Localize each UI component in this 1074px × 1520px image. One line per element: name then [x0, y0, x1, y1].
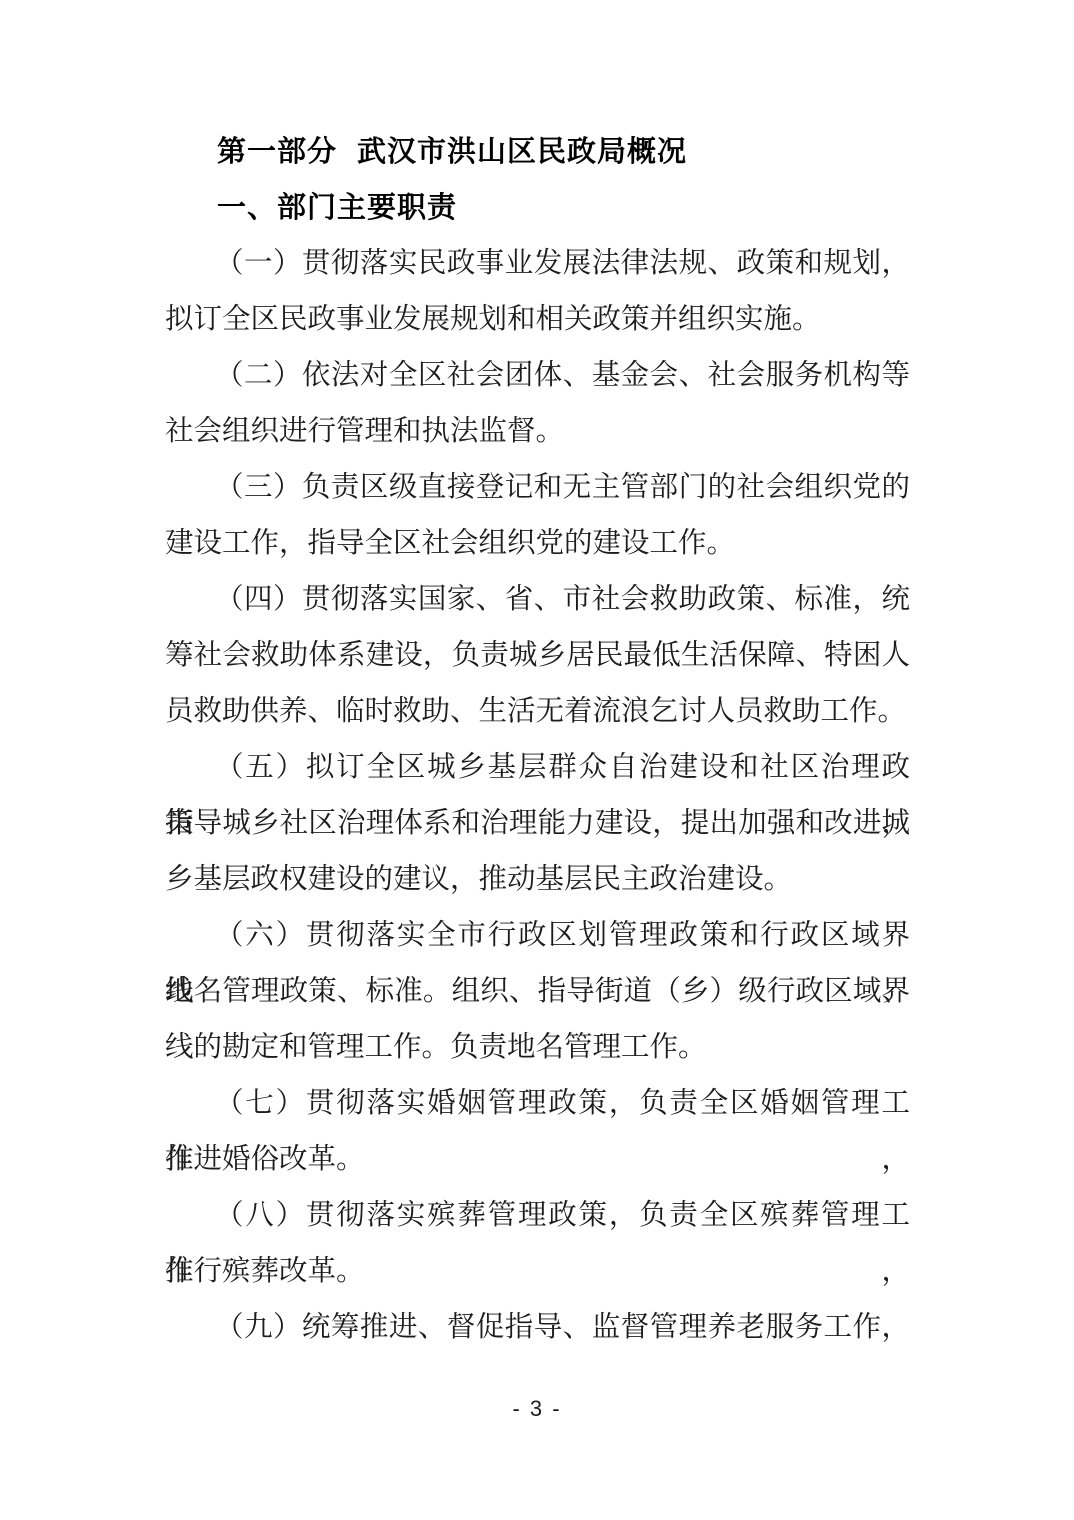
paragraph: （一）贯彻落实民政事业发展法律法规、政策和规划，拟订全区民政事业发展规划和相关政…	[165, 236, 910, 348]
page-number: - 3 -	[0, 1394, 1074, 1424]
body-line: 社会组织进行管理和执法监督。	[165, 404, 910, 460]
body-line: 员救助供养、临时救助、生活无着流浪乞讨人员救助工作。	[165, 684, 910, 740]
body-line: 地名管理政策、标准。组织、指导街道（乡）级行政区域界	[165, 964, 910, 1020]
body-line: （六）贯彻落实全市行政区划管理政策和行政区域界线、	[165, 908, 910, 964]
paragraph: （三）负责区级直接登记和无主管部门的社会组织党的建设工作，指导全区社会组织党的建…	[165, 460, 910, 572]
body-line: （九）统筹推进、督促指导、监督管理养老服务工作，	[165, 1300, 910, 1356]
body-line: 建设工作，指导全区社会组织党的建设工作。	[165, 516, 910, 572]
paragraph: （六）贯彻落实全市行政区划管理政策和行政区域界线、地名管理政策、标准。组织、指导…	[165, 908, 910, 1076]
paragraph: （二）依法对全区社会团体、基金会、社会服务机构等社会组织进行管理和执法监督。	[165, 348, 910, 460]
body-line: 筹社会救助体系建设，负责城乡居民最低生活保障、特困人	[165, 628, 910, 684]
body-line: 乡基层政权建设的建议，推动基层民主政治建设。	[165, 852, 910, 908]
body-line: （一）贯彻落实民政事业发展法律法规、政策和规划，	[165, 236, 910, 292]
body-line: （二）依法对全区社会团体、基金会、社会服务机构等	[165, 348, 910, 404]
body-line: 线的勘定和管理工作。负责地名管理工作。	[165, 1020, 910, 1076]
paragraph: （八）贯彻落实殡葬管理政策，负责全区殡葬管理工作，推行殡葬改革。	[165, 1188, 910, 1300]
body-line: 拟订全区民政事业发展规划和相关政策并组织实施。	[165, 292, 910, 348]
subsection-title: 一、部门主要职责	[165, 180, 910, 236]
body-paragraphs: （一）贯彻落实民政事业发展法律法规、政策和规划，拟订全区民政事业发展规划和相关政…	[165, 236, 910, 1356]
section-title: 第一部分武汉市洪山区民政局概况	[165, 124, 910, 180]
paragraph: （五）拟订全区城乡基层群众自治建设和社区治理政策，指导城乡社区治理体系和治理能力…	[165, 740, 910, 908]
body-line: （五）拟订全区城乡基层群众自治建设和社区治理政策，	[165, 740, 910, 796]
body-line: （四）贯彻落实国家、省、市社会救助政策、标准，统	[165, 572, 910, 628]
body-line: （三）负责区级直接登记和无主管部门的社会组织党的	[165, 460, 910, 516]
paragraph: （四）贯彻落实国家、省、市社会救助政策、标准，统筹社会救助体系建设，负责城乡居民…	[165, 572, 910, 740]
document-page: 第一部分武汉市洪山区民政局概况 一、部门主要职责 （一）贯彻落实民政事业发展法律…	[0, 0, 1074, 1520]
paragraph: （九）统筹推进、督促指导、监督管理养老服务工作，	[165, 1300, 910, 1356]
body-line: （七）贯彻落实婚姻管理政策，负责全区婚姻管理工作，	[165, 1076, 910, 1132]
section-title-number: 第一部分	[217, 136, 337, 168]
body-line: 指导城乡社区治理体系和治理能力建设，提出加强和改进城	[165, 796, 910, 852]
section-title-text: 武汉市洪山区民政局概况	[357, 136, 687, 168]
page-content: 第一部分武汉市洪山区民政局概况 一、部门主要职责 （一）贯彻落实民政事业发展法律…	[165, 124, 910, 1356]
paragraph: （七）贯彻落实婚姻管理政策，负责全区婚姻管理工作，推进婚俗改革。	[165, 1076, 910, 1188]
body-line: （八）贯彻落实殡葬管理政策，负责全区殡葬管理工作，	[165, 1188, 910, 1244]
